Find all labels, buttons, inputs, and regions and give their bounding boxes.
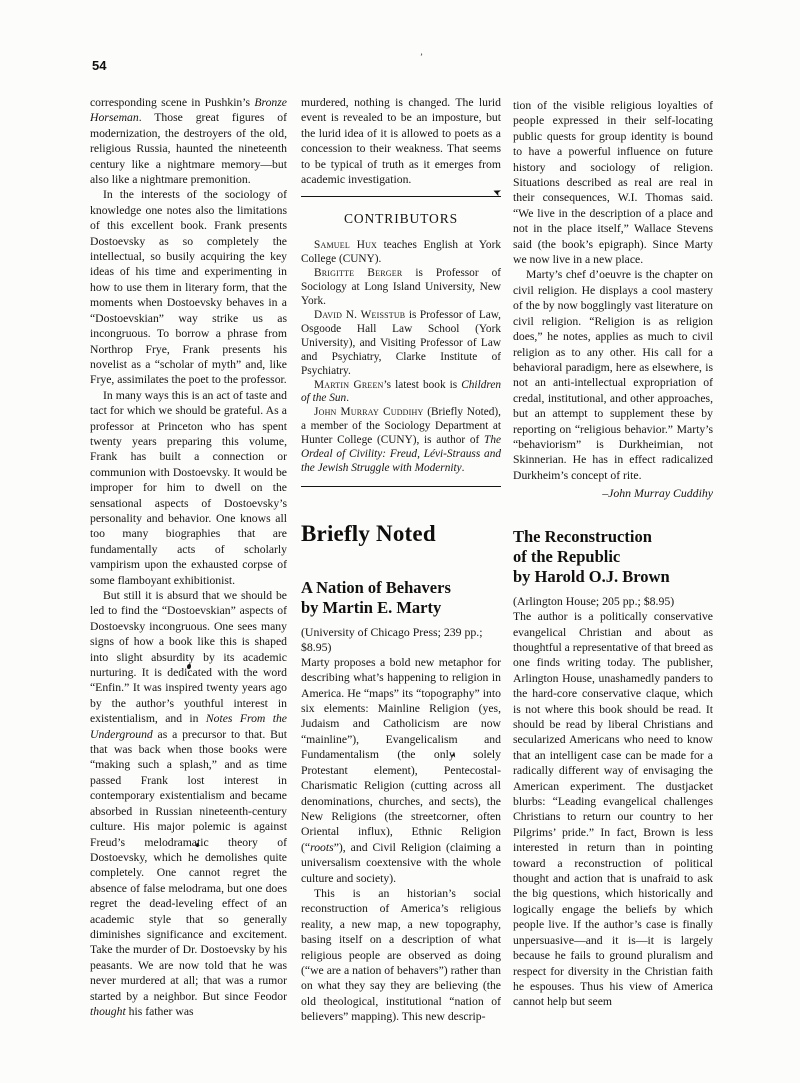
review-paragraph: tion of the visible religious loyalties … xyxy=(513,98,713,267)
book-title-line: A Nation of Behavers xyxy=(301,578,501,598)
column-1: corresponding scene in Pushkin’s Bronze … xyxy=(90,95,287,1045)
publisher-info: (University of Chicago Press; 239 pp.; $… xyxy=(301,625,501,655)
column-2: murdered, nothing is changed. The lurid … xyxy=(301,95,501,1065)
magazine-page: 54 ➤ ➤ ʼ corresponding scene in Pushkin’… xyxy=(0,0,800,1083)
column-3: tion of the visible religious loyalties … xyxy=(513,98,713,1068)
book-title-block: A Nation of Behavers by Martin E. Marty xyxy=(301,578,501,618)
contributor-entry: David N. Weisstub is Professor of Law, O… xyxy=(301,309,501,379)
review-paragraph: Marty proposes a bold new metaphor for d… xyxy=(301,655,501,886)
review-paragraph: murdered, nothing is changed. The lurid … xyxy=(301,95,501,187)
publisher-info: (Arlington House; 205 pp.; $8.95) xyxy=(513,594,713,609)
contributor-entry: John Murray Cuddihy (Briefly Noted), a m… xyxy=(301,406,501,476)
review-paragraph: This is an historian’s social reconstruc… xyxy=(301,886,501,1025)
review-paragraph: In the interests of the sociology of kno… xyxy=(90,187,287,387)
book-author-line: by Martin E. Marty xyxy=(301,598,501,618)
ink-tick-mark: ʼ xyxy=(420,52,423,62)
review-paragraph: The author is a politically conservative… xyxy=(513,609,713,1010)
contributor-entry: Brigitte Berger is Professor of Sociolog… xyxy=(301,267,501,309)
review-paragraph: Marty’s chef d’oeuvre is the chapter on … xyxy=(513,267,713,483)
book-author-line: by Harold O.J. Brown xyxy=(513,567,713,587)
review-paragraph: In many ways this is an act of taste and… xyxy=(90,388,287,588)
section-heading-briefly-noted: Briefly Noted xyxy=(301,521,501,547)
reviewer-attribution: –John Murray Cuddihy xyxy=(513,486,713,501)
page-number: 54 xyxy=(92,58,106,73)
review-paragraph: But still it is absurd that we should be… xyxy=(90,588,287,1019)
review-paragraph: corresponding scene in Pushkin’s Bronze … xyxy=(90,95,287,187)
section-divider xyxy=(301,196,501,197)
book-title-block: The Reconstruction of the Republic by Ha… xyxy=(513,527,713,587)
section-divider xyxy=(301,486,501,487)
contributor-entry: Samuel Hux teaches English at York Colle… xyxy=(301,239,501,267)
book-title-line: The Reconstruction xyxy=(513,527,713,547)
contributor-entry: Martin Green’s latest book is Children o… xyxy=(301,379,501,407)
contributors-heading: CONTRIBUTORS xyxy=(301,211,501,227)
book-title-line: of the Republic xyxy=(513,547,713,567)
